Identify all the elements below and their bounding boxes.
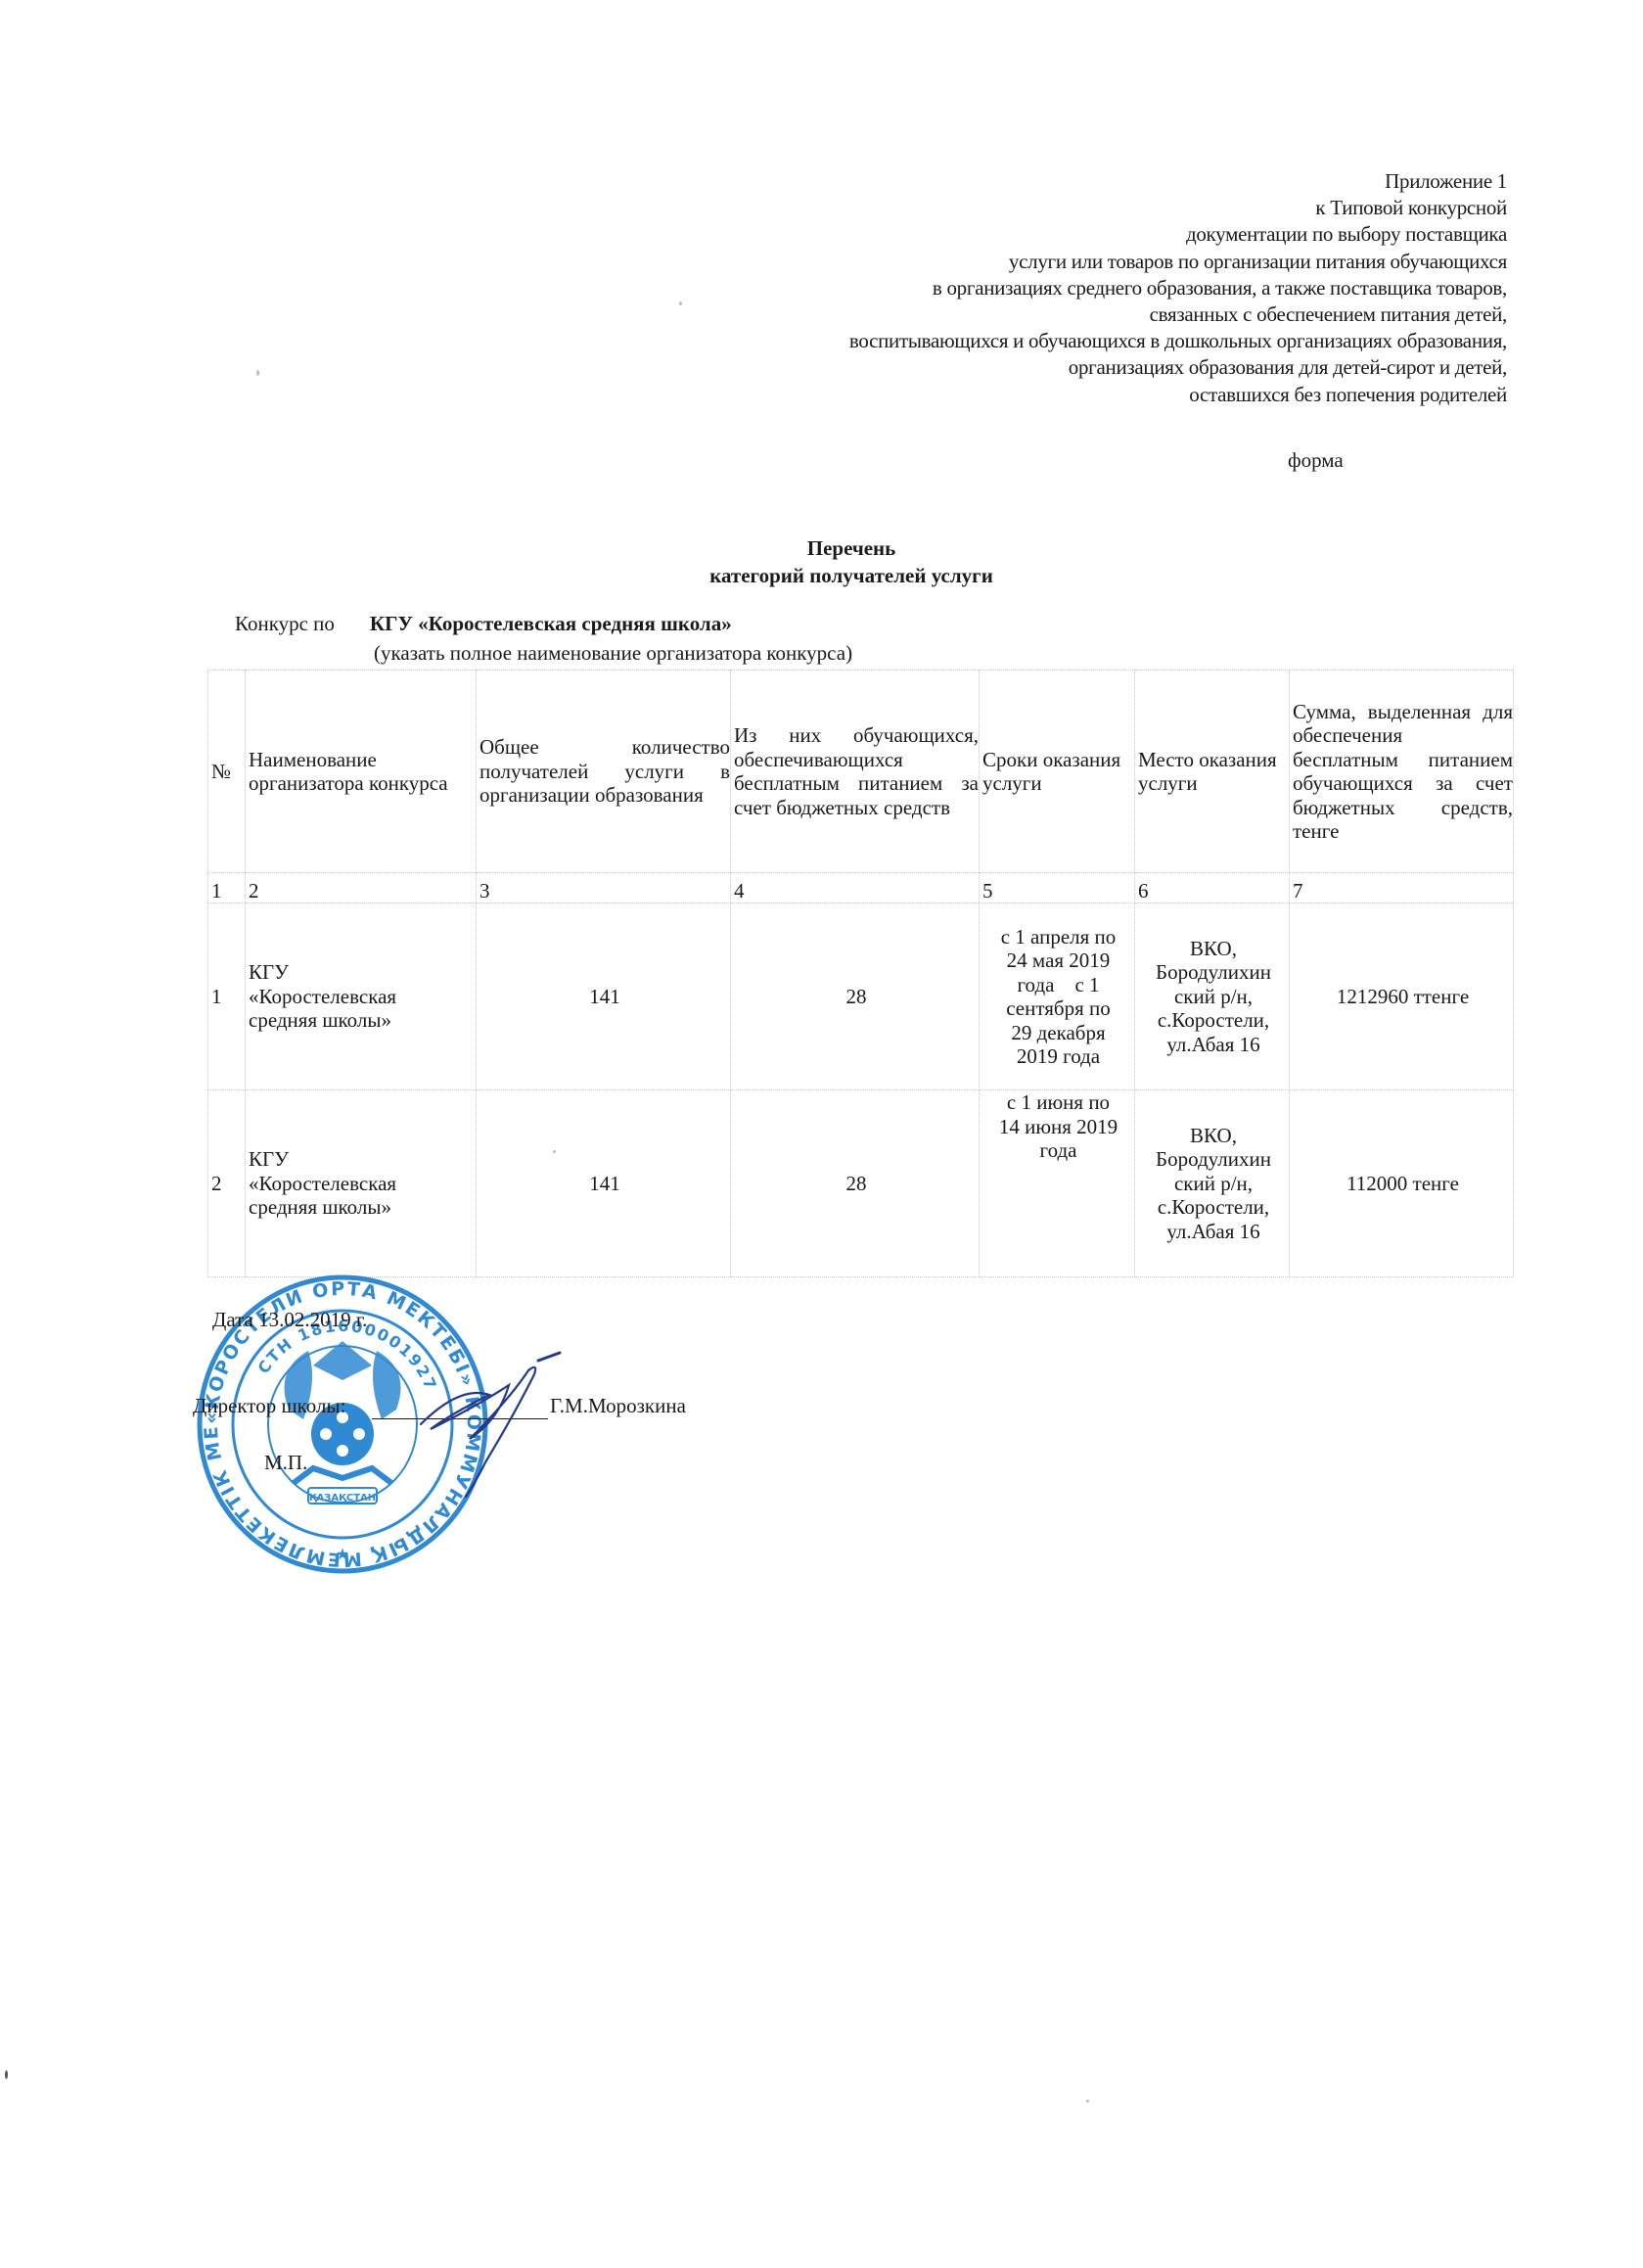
- period-line: года с 1: [982, 973, 1134, 997]
- period-line: с 1 июня по: [982, 1090, 1134, 1115]
- place-line: ул.Абая 16: [1138, 1220, 1289, 1244]
- organizer-line: КГУ: [249, 1147, 476, 1172]
- table-row: 1 КГУ «Коростелевская средняя школы» 141…: [208, 903, 1514, 1090]
- coat-of-arms-icon: ҚАЗАҚСТАН: [285, 1341, 401, 1504]
- organizer-line: средняя школы»: [249, 1195, 476, 1220]
- director-name: Г.М.Морозкина: [550, 1394, 686, 1418]
- table-header-row: № Наименование организатора конкурса Общ…: [208, 671, 1514, 873]
- contest-label: Конкурс по: [235, 612, 335, 635]
- column-number: 5: [980, 873, 1135, 903]
- scan-speck: [1086, 2100, 1089, 2103]
- appendix-line: в организациях среднего образования, а т…: [626, 275, 1507, 301]
- place-line: ВКО,: [1138, 937, 1289, 961]
- appendix-caption: Приложение 1 к Типовой конкурсной докуме…: [626, 168, 1507, 408]
- row-period: с 1 июня по 14 июня 2019 года: [980, 1090, 1135, 1277]
- appendix-line: организациях образования для детей-сирот…: [626, 354, 1507, 381]
- header-amount: Сумма, выделенная для обеспечения беспла…: [1290, 671, 1514, 873]
- row-free-meals: 28: [731, 903, 980, 1090]
- place-line: с.Коростели,: [1138, 1195, 1289, 1220]
- period-line: с 1 апреля по: [982, 925, 1134, 949]
- row-period: с 1 апреля по 24 мая 2019 года с 1 сентя…: [980, 903, 1135, 1090]
- row-amount: 1212960 ттенге: [1290, 903, 1514, 1090]
- organizer-line: средняя школы»: [249, 1008, 476, 1033]
- column-number: 7: [1290, 873, 1514, 903]
- header-place: Место оказания услуги: [1135, 671, 1290, 873]
- contest-organizer: КГУ «Коростелевская средняя школа»: [370, 612, 732, 635]
- title-line-2: категорий получателей услуги: [0, 562, 1643, 589]
- row-total: 141: [477, 903, 731, 1090]
- scan-speck: [553, 1150, 556, 1153]
- header-organizer: Наименование организатора конкурса: [246, 671, 477, 873]
- title-line-1: Перечень: [0, 534, 1643, 562]
- director-label: Директор школы:: [193, 1394, 345, 1418]
- header-period: Сроки оказания услуги: [980, 671, 1135, 873]
- star-icon: ★: [336, 1547, 349, 1563]
- row-free-meals: 28: [731, 1090, 980, 1277]
- appendix-line: связанных с обеспечением питания детей,: [626, 301, 1507, 328]
- appendix-line: услуги или товаров по организации питани…: [626, 249, 1507, 275]
- document-page: Приложение 1 к Типовой конкурсной докуме…: [0, 0, 1643, 2268]
- row-amount: 112000 тенге: [1290, 1090, 1514, 1277]
- seal-place-label: М.П.: [264, 1451, 307, 1475]
- row-place: ВКО, Бородулихин ский р/н, с.Коростели, …: [1135, 903, 1290, 1090]
- period-line: 24 мая 2019: [982, 949, 1134, 973]
- column-number: 6: [1135, 873, 1290, 903]
- place-line: с.Коростели,: [1138, 1008, 1289, 1033]
- recipients-table: № Наименование организатора конкурса Общ…: [207, 670, 1514, 1277]
- contest-line: Конкурс поКГУ «Коростелевская средняя шк…: [235, 612, 732, 636]
- row-number: 1: [208, 903, 246, 1090]
- scan-speck: [256, 370, 259, 376]
- place-line: Бородулихин: [1138, 960, 1289, 985]
- appendix-line: к Типовой конкурсной: [626, 195, 1507, 221]
- place-line: ский р/н,: [1138, 1172, 1289, 1196]
- period-line: 2019 года: [982, 1044, 1134, 1069]
- document-title: Перечень категорий получателей услуги: [0, 534, 1643, 589]
- column-number: 1: [208, 873, 246, 903]
- header-total-recipients: Общее количество получателей услуги в ор…: [477, 671, 731, 873]
- organizer-line: КГУ: [249, 960, 476, 985]
- column-number: 3: [477, 873, 731, 903]
- period-line: сентября по: [982, 996, 1134, 1021]
- place-line: ВКО,: [1138, 1124, 1289, 1148]
- scan-speck: [679, 301, 682, 305]
- row-place: ВКО, Бородулихин ский р/н, с.Коростели, …: [1135, 1090, 1290, 1277]
- place-line: ул.Абая 16: [1138, 1033, 1289, 1057]
- row-total: 141: [477, 1090, 731, 1277]
- form-label: форма: [1288, 448, 1344, 473]
- row-organizer: КГУ «Коростелевская средняя школы»: [246, 903, 477, 1090]
- contest-hint: (указать полное наименование организатор…: [374, 641, 852, 666]
- scan-speck: [5, 2070, 8, 2079]
- place-line: Бородулихин: [1138, 1147, 1289, 1172]
- appendix-line: документации по выбору поставщика: [626, 221, 1507, 248]
- period-line: 14 июня 2019: [982, 1115, 1134, 1139]
- appendix-line: оставшихся без попечения родителей: [626, 382, 1507, 408]
- table-row: 2 КГУ «Коростелевская средняя школы» 141…: [208, 1090, 1514, 1277]
- period-line: года: [982, 1138, 1134, 1163]
- column-number: 2: [246, 873, 477, 903]
- column-number: 4: [731, 873, 980, 903]
- document-date: Дата 13.02.2019 г.: [212, 1308, 367, 1332]
- period-line: 29 декабря: [982, 1021, 1134, 1045]
- organizer-line: «Коростелевская: [249, 985, 476, 1009]
- row-number: 2: [208, 1090, 246, 1277]
- emblem-label: ҚАЗАҚСТАН: [309, 1493, 376, 1504]
- handwritten-signature: [391, 1351, 568, 1498]
- organizer-line: «Коростелевская: [249, 1172, 476, 1196]
- column-number-row: 1 2 3 4 5 6 7: [208, 873, 1514, 903]
- appendix-line: Приложение 1: [626, 168, 1507, 195]
- appendix-line: воспитывающихся и обучающихся в дошкольн…: [626, 328, 1507, 354]
- header-no: №: [208, 671, 246, 873]
- header-free-meals: Из них обучающихся, обеспечивающихся бес…: [731, 671, 980, 873]
- place-line: ский р/н,: [1138, 985, 1289, 1009]
- row-organizer: КГУ «Коростелевская средняя школы»: [246, 1090, 477, 1277]
